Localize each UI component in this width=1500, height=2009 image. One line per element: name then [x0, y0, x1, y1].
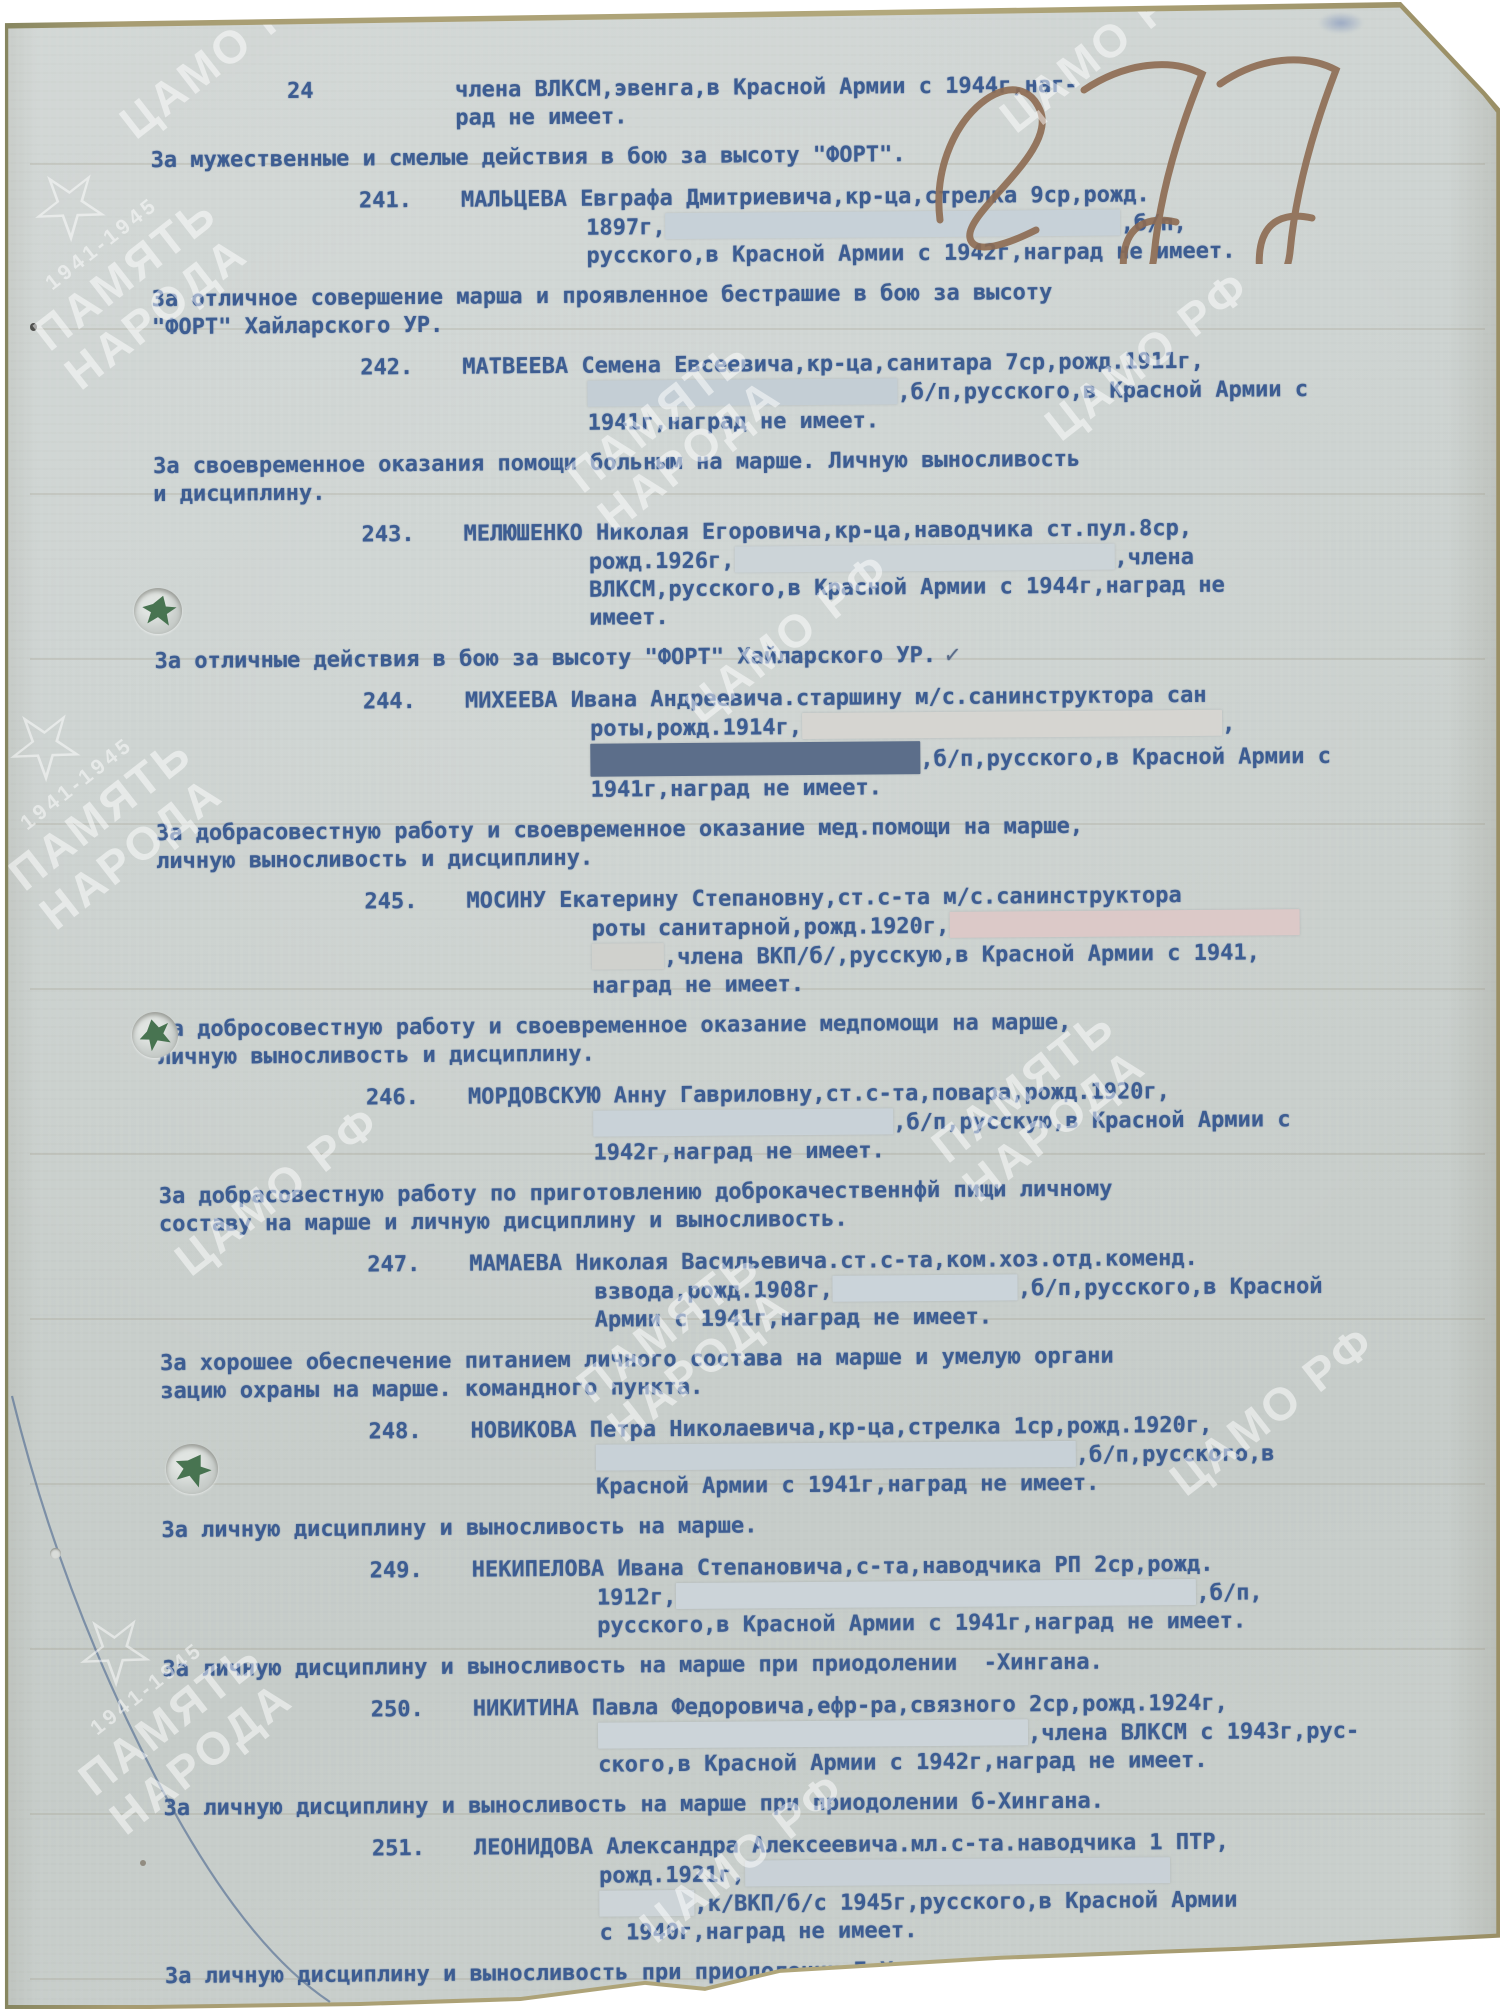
redaction-box: [745, 1857, 1170, 1886]
citation-line: За личную дисциплину и выносливость на м…: [11, 1506, 1500, 1546]
entry-number: 248.: [369, 1418, 422, 1446]
entry-text: роты,рожд.1914г,: [590, 715, 802, 742]
award-entry: 251.ЛЕОНИДОВА Александра Алексеевича.мл.…: [14, 1826, 1500, 1992]
award-entry: 247.МАМАЕВА Николая Васильевича.ст.с-та,…: [9, 1242, 1500, 1407]
redaction-box: [592, 943, 664, 970]
citation-line: За личную дисциплину и выносливость на м…: [13, 1784, 1500, 1824]
entry-number: 251.: [372, 1835, 425, 1863]
award-entry: 242.МАТВЕЕВА Семена Евсеевича,кр-ца,сани…: [2, 346, 1500, 511]
entry-text: 1912г,: [597, 1585, 677, 1611]
entry-text: МИХЕЕВА Ивана Андреевича.старшину м/с.са…: [465, 683, 1207, 714]
typed-text-block: члена ВЛКСМ,эвенга,в Красной Армии с 194…: [0, 69, 1500, 1993]
redaction-box: [598, 1719, 1028, 1748]
entry-text: МОРДОВСКУЮ Анну Гавриловну,ст.с-та,повар…: [468, 1079, 1170, 1110]
award-entry: 250.НИКИТИНА Павла Федоровича,ефр-ра,свя…: [13, 1687, 1500, 1824]
entry-text: ,б/п,русского,в Красной Армии с: [897, 377, 1308, 405]
award-entry: 246.МОРДОВСКУЮ Анну Гавриловну,ст.с-та,п…: [8, 1076, 1500, 1241]
hole-backing: [136, 1016, 173, 1053]
entry-text: русского,в Красной Армии с 1941г,наград …: [597, 1609, 1246, 1639]
entry-text: имеет.: [589, 605, 669, 631]
entry-text: Красной Армии с 1941г,наград не имеет.: [596, 1471, 1100, 1500]
redaction-box: [590, 741, 920, 777]
hole-backing: [168, 1445, 216, 1493]
entry-text: ,члена ВКП/б/,русскую,в Красной Армии с …: [664, 940, 1260, 970]
redaction-box: [599, 1890, 694, 1917]
paper-speck: [30, 323, 37, 331]
award-entry: 243.МЕЛЮШЕНКО Николая Егоровича,кр-ца,на…: [3, 513, 1500, 678]
entry-text: наград не имеет.: [592, 972, 804, 999]
entry-number: 244.: [363, 688, 416, 716]
entry-text: ,члена: [1114, 545, 1194, 571]
citation-line: За отличные действия в бою за высоту "ФО…: [4, 638, 1500, 678]
redaction-box: [949, 909, 1299, 938]
paper-speck: [140, 1860, 146, 1866]
redaction-box: [596, 1441, 1076, 1471]
entry-text: ского,в Красной Армии с 1942г,наград не …: [598, 1748, 1207, 1778]
redaction-box: [802, 710, 1222, 739]
entry-text: 1941г,наград не имеет.: [588, 408, 880, 435]
typed-page-number: 24: [287, 78, 314, 106]
citation-line: За личную дисциплину и выносливость на м…: [12, 1645, 1500, 1685]
entry-number: 241.: [359, 187, 412, 215]
award-entry: 244.МИХЕЕВА Ивана Андреевича.старшину м/…: [5, 680, 1500, 878]
entry-text: 1941г,наград не имеет.: [590, 775, 882, 802]
entry-number: 245.: [364, 888, 417, 916]
award-entry: 245.МОСИНУ Екатерину Степановну,ст.с-та …: [6, 880, 1500, 1074]
entry-number: 247.: [367, 1251, 420, 1279]
handwritten-page-number: [858, 24, 1418, 264]
entry-text: с 1940г,наград не имеет.: [599, 1918, 917, 1945]
paper-speck: [50, 1548, 61, 1559]
entry-text: НЕКИПЕЛОВА Ивана Степановича,с-та,наводч…: [472, 1552, 1214, 1583]
citation-line: За личную дисциплину и выносливость при …: [15, 1952, 1500, 1992]
entry-text: ,к/ВКП/б/с 1945г,русского,в Красной Арми…: [694, 1888, 1237, 1917]
entry-number: 246.: [366, 1084, 419, 1112]
redaction-box: [833, 1274, 1018, 1301]
redaction-box: [734, 544, 1114, 573]
entry-text: ВЛКСМ,русского,в Красной Армии с 1944г,н…: [589, 573, 1225, 603]
redaction-box: [587, 378, 897, 406]
pencil-check-mark: ✓: [944, 638, 962, 673]
entry-text: 1897г,: [586, 215, 666, 241]
entry-text: роты санитарной,рожд.1920г,: [592, 914, 950, 942]
document-page: члена ВЛКСМ,эвенга,в Красной Армии с 194…: [0, 0, 1500, 2009]
entry-text: МОСИНУ Екатерину Степановну,ст.с-та м/с.…: [466, 883, 1181, 914]
entry-text: НИКИТИНА Павла Федоровича,ефр-ра,связног…: [473, 1691, 1228, 1722]
entry-text: ЛЕОНИДОВА Александра Алексеевича.мл.с-та…: [474, 1830, 1229, 1861]
entry-text: ,: [1222, 712, 1235, 737]
punch-hole: [132, 1012, 178, 1058]
entry-text: ,члена ВЛКСМ с 1943г,рус-: [1028, 1719, 1359, 1747]
entry-text: ,б/п,русского,в Красной Армии с: [920, 744, 1331, 772]
award-entry: 248.НОВИКОВА Петра Николаевича,кр-ца,стр…: [11, 1409, 1500, 1546]
entry-text: НОВИКОВА Петра Николаевича,кр-ца,стрелка…: [471, 1413, 1213, 1444]
entry-number: 243.: [361, 521, 414, 549]
entry-text: ,б/п,: [1196, 1580, 1262, 1606]
entry-text: МЕЛЮШЕНКО Николая Егоровича,кр-ца,наводч…: [463, 516, 1192, 547]
entry-text: рожд.1926г,: [589, 549, 735, 575]
entry-text: МАТВЕЕВА Семена Евсеевича,кр-ца,санитара…: [462, 349, 1204, 380]
hole-backing: [138, 591, 179, 631]
entry-text: 1942г,наград не имеет.: [593, 1138, 885, 1165]
award-entry: 249.НЕКИПЕЛОВА Ивана Степановича,с-та,на…: [12, 1548, 1500, 1685]
entry-text: МАМАЕВА Николая Васильевича.ст.с-та,ком.…: [469, 1246, 1198, 1277]
entry-text: ,б/п,русскую,в Красной Армии с: [893, 1107, 1291, 1135]
punch-hole: [166, 1444, 218, 1494]
ink-smudge: [1318, 12, 1364, 34]
entry-number: 250.: [371, 1696, 424, 1724]
entry-text: Армии с 1941г,наград не имеет.: [595, 1305, 993, 1333]
entry-text: ,б/п,русского,в: [1076, 1441, 1275, 1468]
redaction-box: [593, 1108, 893, 1136]
entry-text: ,б/п,русского,в Красной: [1018, 1274, 1323, 1301]
entry-text: рожд.1921г,: [599, 1863, 745, 1889]
redaction-box: [676, 1579, 1196, 1609]
entry-text: взвода,рожд.1908г,: [594, 1278, 833, 1305]
punch-hole: [134, 588, 182, 634]
entry-number: 242.: [360, 354, 413, 382]
entry-number: 249.: [370, 1557, 423, 1585]
